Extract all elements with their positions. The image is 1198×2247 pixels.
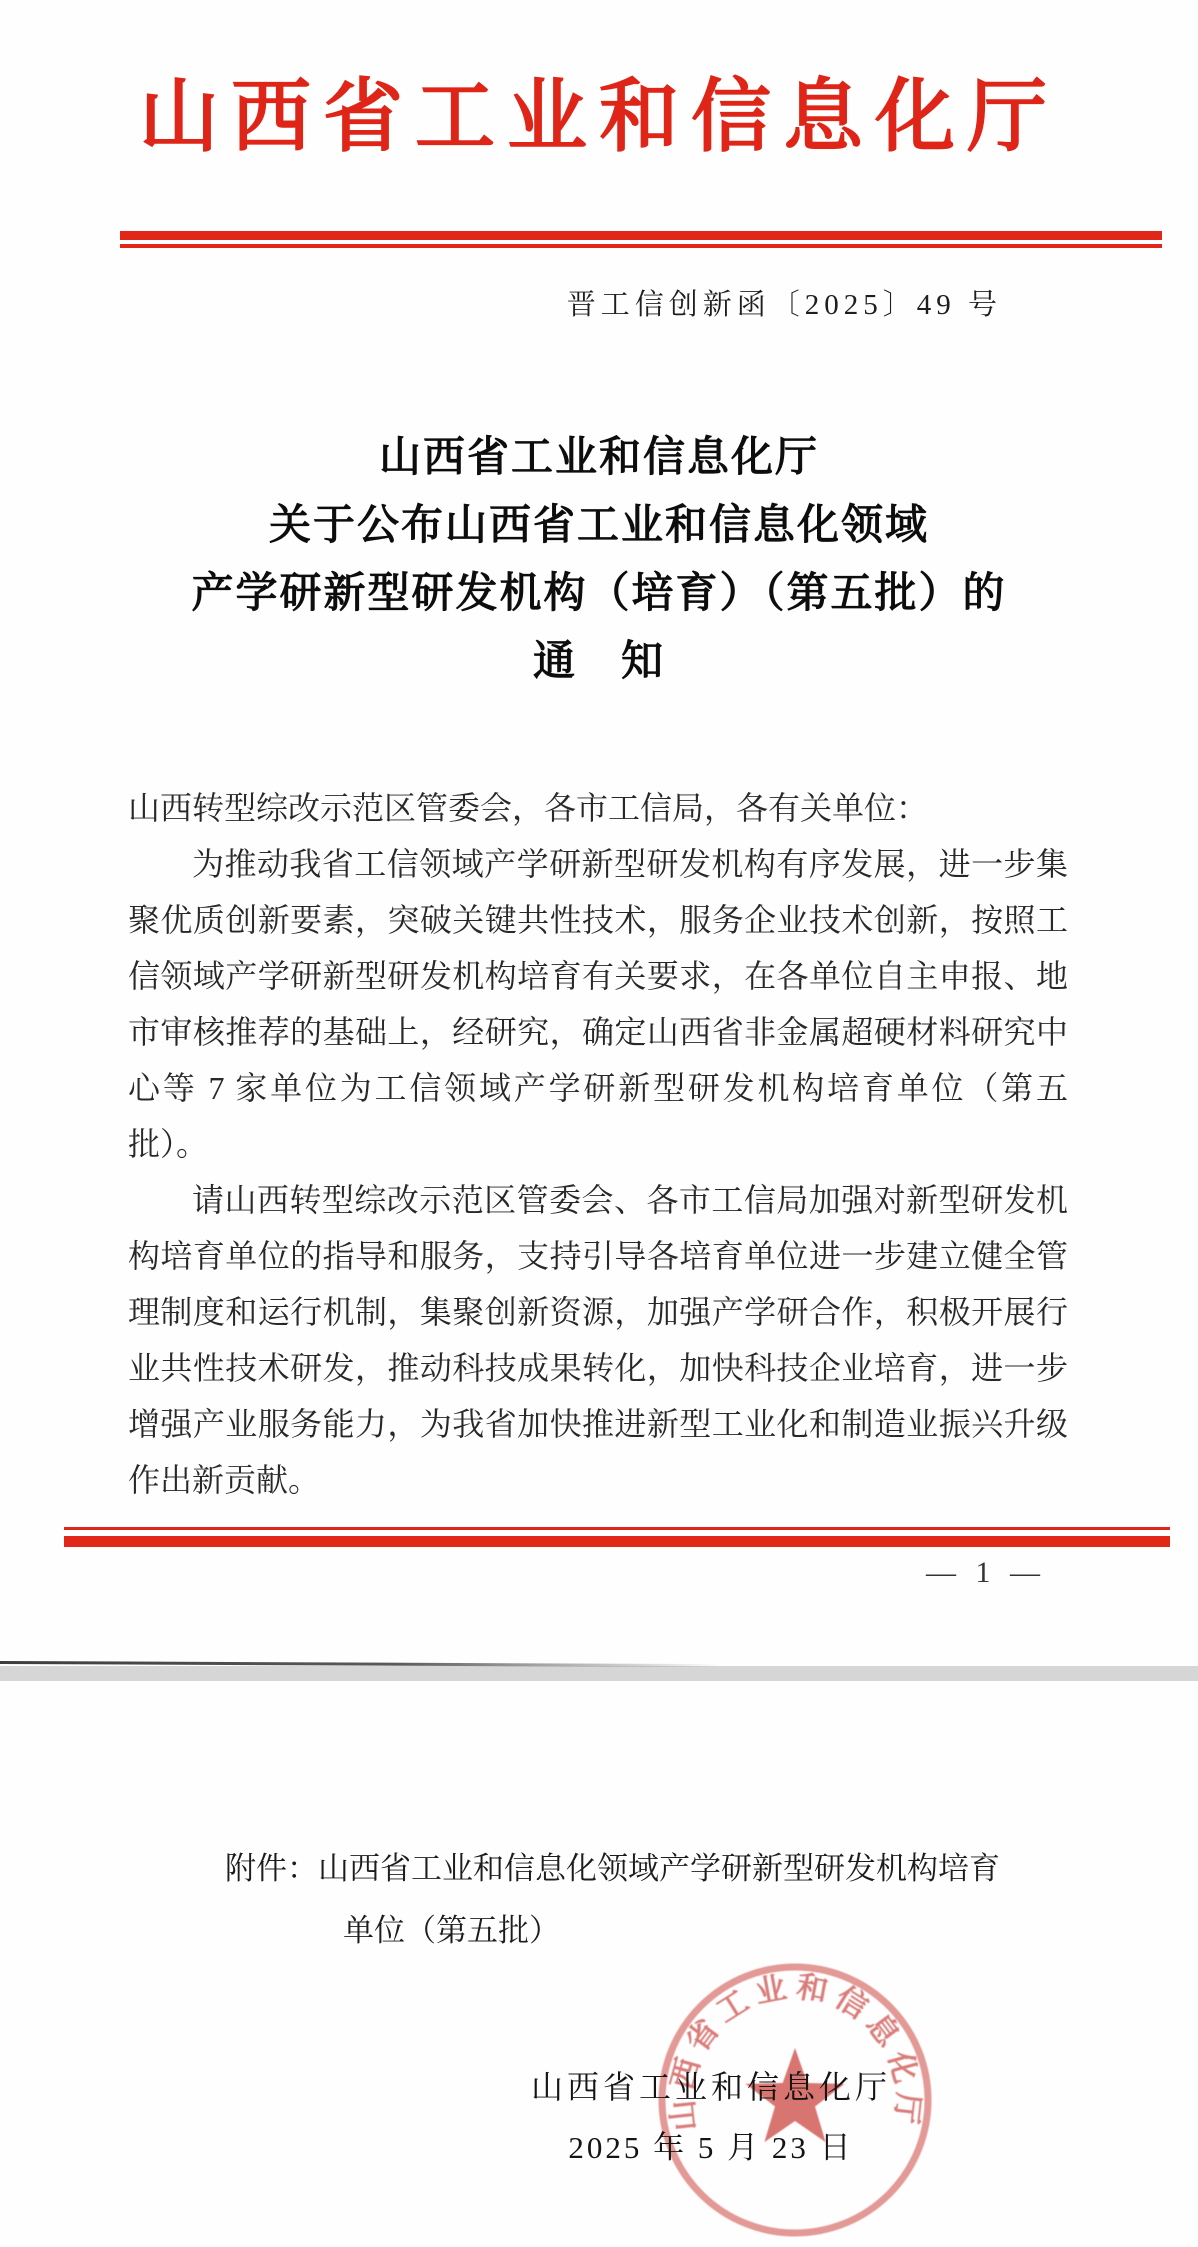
page-seam-band (0, 1666, 1198, 1681)
header-rule-thin (120, 244, 1162, 248)
footer-rule-thin (64, 1527, 1170, 1530)
signature-agency: 山西省工业和信息化厅 (231, 2062, 1191, 2108)
attachment-title: 山西省工业和信息化领域产学研新型研发机构培育 (318, 1851, 1000, 1886)
notice-title: 山西省工业和信息化厅 关于公布山西省工业和信息化领域 产学研新型研发机构（培育）… (0, 424, 1198, 696)
title-line-2: 关于公布山西省工业和信息化领域 (0, 492, 1198, 560)
document-page: 山西省工业和信息化厅 晋工信创新函〔2025〕49 号 山西省工业和信息化厅 关… (0, 0, 1198, 2247)
attachment-label: 附件： (225, 1851, 318, 1886)
doc-number: 晋工信创新函〔2025〕49 号 (567, 282, 1002, 323)
attachment-line-1: 附件：山西省工业和信息化领域产学研新型研发机构培育 (225, 1838, 1105, 1900)
agency-header: 山西省工业和信息化厅 (0, 58, 1198, 178)
page-number: — 1 — (926, 1556, 1046, 1590)
title-line-3: 产学研新型研发机构（培育）（第五批）的 (0, 560, 1198, 628)
footer-rule-thick (64, 1536, 1170, 1547)
salutation: 山西转型综改示范区管委会，各市工信局，各有关单位： (128, 780, 1068, 836)
paragraph-2: 请山西转型综改示范区管委会、各市工信局加强对新型研发机构培育单位的指导和服务，支… (128, 1172, 1068, 1508)
attachment-line-2: 单位（第五批） (225, 1900, 1105, 1962)
paragraph-1: 为推动我省工信领域产学研新型研发机构有序发展，进一步集聚优质创新要素，突破关键共… (128, 836, 1068, 1172)
title-line-1: 山西省工业和信息化厅 (0, 424, 1198, 492)
title-line-4: 通 知 (0, 628, 1198, 696)
attachment-note: 附件：山西省工业和信息化领域产学研新型研发机构培育 单位（第五批） (225, 1838, 1105, 1962)
notice-body: 山西转型综改示范区管委会，各市工信局，各有关单位： 为推动我省工信领域产学研新型… (128, 780, 1068, 1508)
signature-date: 2025 年 5 月 23 日 (231, 2122, 1191, 2167)
header-rule-thick (120, 231, 1162, 240)
